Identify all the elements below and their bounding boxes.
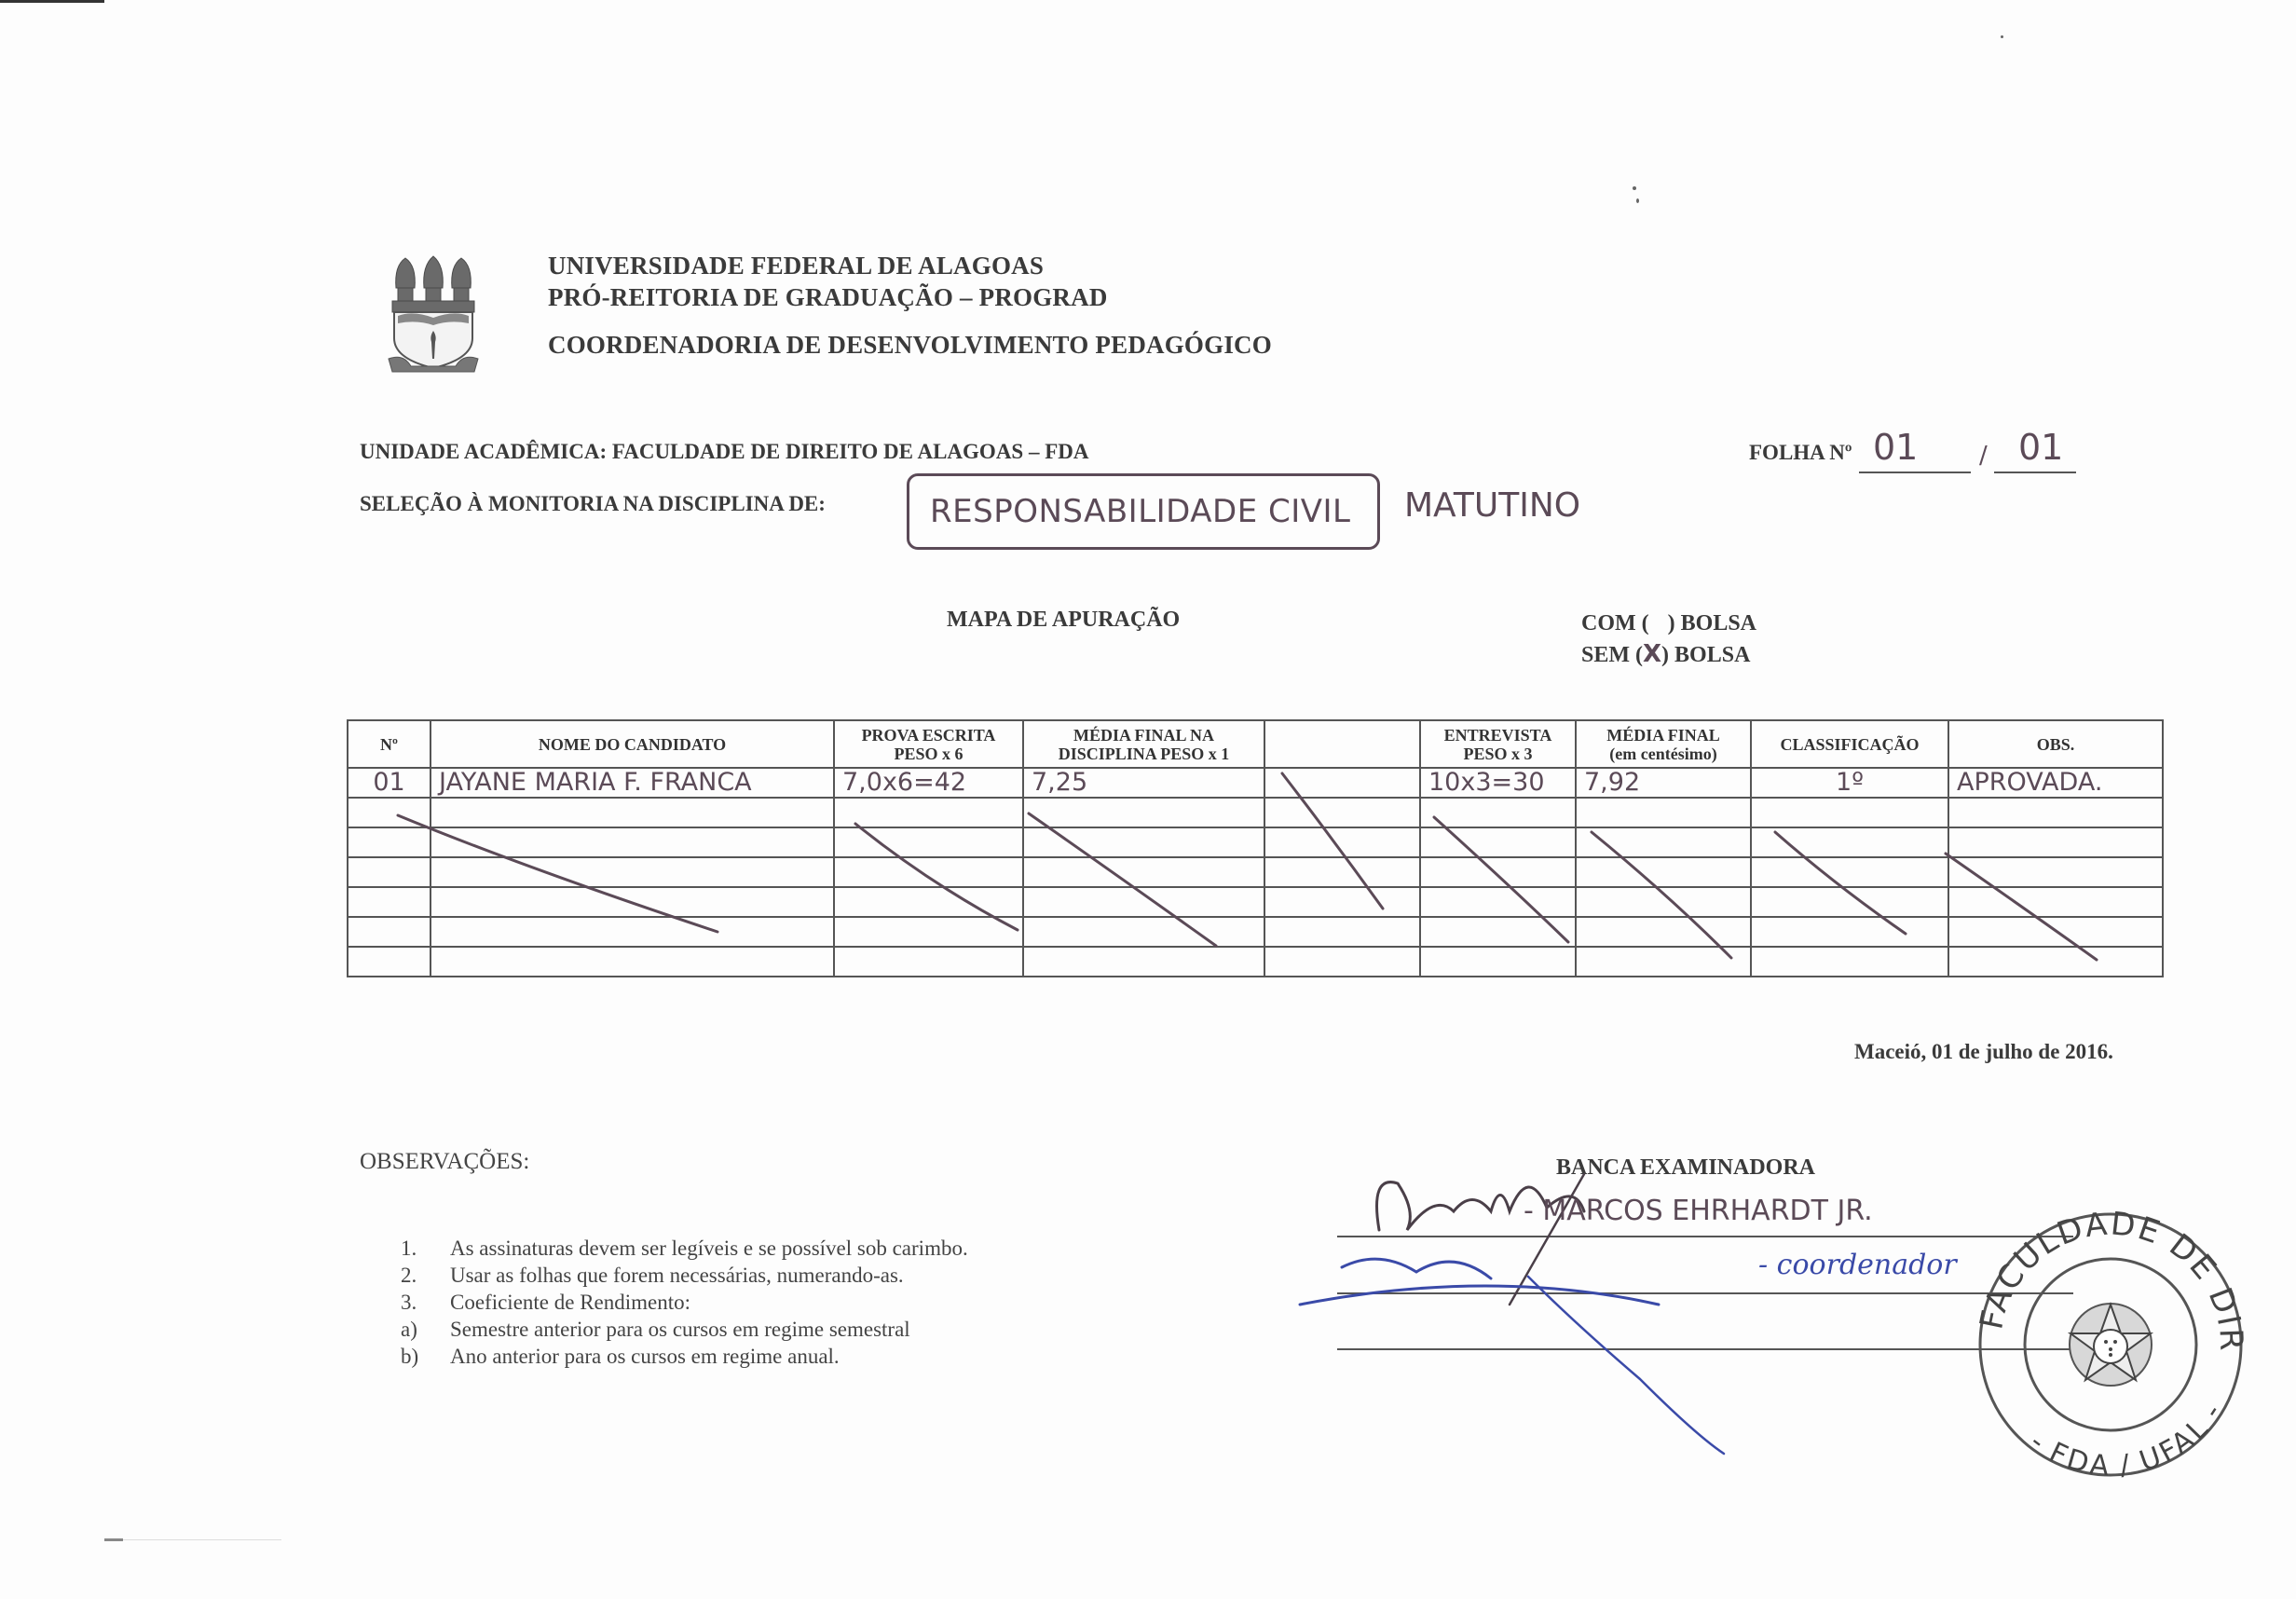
cell-empty[interactable] bbox=[1023, 887, 1264, 917]
column-header: PROVA ESCRITAPESO x 6 bbox=[834, 720, 1023, 768]
folha-total-line bbox=[1994, 471, 2076, 473]
observacao-text: As assinaturas devem ser legíveis e se p… bbox=[450, 1235, 968, 1262]
cell-empty[interactable] bbox=[1264, 798, 1420, 827]
table-row: 01JAYANE MARIA F. FRANCA7,0x6=427,2510x3… bbox=[348, 768, 2163, 798]
observacao-marker: 1. bbox=[401, 1235, 450, 1262]
observacoes-list: 1.As assinaturas devem ser legíveis e se… bbox=[401, 1235, 968, 1370]
scan-speck bbox=[2001, 35, 2003, 38]
cell-empty[interactable] bbox=[1023, 947, 1264, 977]
cell-empty[interactable] bbox=[348, 947, 430, 977]
column-header bbox=[1264, 720, 1420, 768]
cell-empty[interactable] bbox=[348, 887, 430, 917]
folha-numero-field[interactable]: 01 bbox=[1873, 427, 1918, 468]
cell-empty[interactable] bbox=[1751, 827, 1948, 857]
observacoes-title: OBSERVAÇÕES: bbox=[360, 1149, 529, 1175]
column-header-line1: NOME DO CANDIDATO bbox=[431, 735, 833, 754]
ufal-coat-of-arms-icon bbox=[385, 245, 489, 376]
table-row-empty bbox=[348, 857, 2163, 887]
department-name: COORDENADORIA DE DESENVOLVIMENTO PEDAGÓG… bbox=[548, 331, 1272, 360]
cell-empty[interactable] bbox=[1576, 798, 1751, 827]
cell-empty[interactable] bbox=[1420, 798, 1576, 827]
cell-empty[interactable] bbox=[348, 798, 430, 827]
cell-empty[interactable] bbox=[1420, 857, 1576, 887]
observacao-item: a)Semestre anterior para os cursos em re… bbox=[401, 1316, 968, 1343]
turno-value: MATUTINO bbox=[1404, 486, 1580, 525]
observacao-item: 1.As assinaturas devem ser legíveis e se… bbox=[401, 1235, 968, 1262]
scan-edge-mark bbox=[104, 1538, 123, 1541]
column-header: CLASSIFICAÇÃO bbox=[1751, 720, 1948, 768]
column-header-line2: (em centésimo) bbox=[1577, 745, 1750, 763]
observacao-text: Usar as folhas que forem necessárias, nu… bbox=[450, 1262, 904, 1289]
cell-empty[interactable] bbox=[1751, 857, 1948, 887]
observacao-text: Coeficiente de Rendimento: bbox=[450, 1289, 690, 1316]
cell-empty[interactable] bbox=[834, 857, 1023, 887]
cell-empty[interactable] bbox=[1023, 798, 1264, 827]
cell-empty[interactable] bbox=[1576, 827, 1751, 857]
cell-empty[interactable] bbox=[1576, 887, 1751, 917]
cell-empty[interactable] bbox=[430, 947, 834, 977]
observacao-marker: 2. bbox=[401, 1262, 450, 1289]
date-place: Maceió, 01 de julho de 2016. bbox=[1854, 1040, 2113, 1064]
column-header-line2: PESO x 6 bbox=[835, 745, 1022, 763]
signature-line-3[interactable] bbox=[1337, 1348, 2073, 1350]
column-header-line1: MÉDIA FINAL NA bbox=[1024, 726, 1264, 745]
column-header: NOME DO CANDIDATO bbox=[430, 720, 834, 768]
table-row-empty bbox=[348, 798, 2163, 827]
signature-line-1[interactable] bbox=[1337, 1236, 2073, 1237]
cell-empty[interactable] bbox=[430, 827, 834, 857]
cell-media-disciplina[interactable]: 7,25 bbox=[1023, 768, 1264, 798]
cell-empty[interactable] bbox=[1420, 947, 1576, 977]
disciplina-field[interactable]: RESPONSABILIDADE CIVIL bbox=[907, 473, 1380, 550]
column-header: Nº bbox=[348, 720, 430, 768]
banca-title: BANCA EXAMINADORA bbox=[1556, 1155, 1815, 1181]
cell-empty[interactable] bbox=[1420, 827, 1576, 857]
institution-name: UNIVERSIDADE FEDERAL DE ALAGOAS bbox=[548, 252, 1044, 280]
cell-empty[interactable] bbox=[1751, 798, 1948, 827]
cell-empty[interactable] bbox=[834, 827, 1023, 857]
column-header-line2: PESO x 3 bbox=[1421, 745, 1575, 763]
cell-empty[interactable] bbox=[348, 917, 430, 947]
sem-bolsa-prefix: SEM ( bbox=[1581, 643, 1643, 667]
cell-empty[interactable] bbox=[1420, 917, 1576, 947]
observacao-marker: 3. bbox=[401, 1289, 450, 1316]
signature-2-name: - coordenador bbox=[1758, 1249, 1957, 1281]
column-header-line1: MÉDIA FINAL bbox=[1577, 726, 1750, 745]
observacao-text: Ano anterior para os cursos em regime an… bbox=[450, 1343, 840, 1370]
sem-bolsa-option[interactable]: SEM (X) BOLSA bbox=[1581, 640, 1750, 668]
cell-numero[interactable]: 01 bbox=[348, 768, 430, 798]
office-name: PRÓ-REITORIA DE GRADUAÇÃO – PROGRAD bbox=[548, 283, 1108, 312]
sem-bolsa-suffix: ) BOLSA bbox=[1661, 643, 1750, 667]
column-header-line1: OBS. bbox=[1949, 735, 2162, 754]
results-table: NºNOME DO CANDIDATOPROVA ESCRITAPESO x 6… bbox=[347, 719, 2164, 977]
disciplina-value: RESPONSABILIDADE CIVIL bbox=[930, 493, 1351, 530]
column-header: MÉDIA FINAL(em centésimo) bbox=[1576, 720, 1751, 768]
cell-empty[interactable] bbox=[1948, 917, 2163, 947]
observacao-text: Semestre anterior para os cursos em regi… bbox=[450, 1316, 910, 1343]
com-bolsa-suffix: ) BOLSA bbox=[1668, 611, 1756, 635]
scan-edge-mark bbox=[0, 0, 104, 3]
signature-1-name: - MARCOS EHRHARDT JR. bbox=[1524, 1195, 1873, 1227]
brazil-coat-of-arms-icon bbox=[2070, 1304, 2152, 1386]
cell-empty[interactable] bbox=[1751, 917, 1948, 947]
cell-empty[interactable] bbox=[1023, 917, 1264, 947]
cell-empty[interactable] bbox=[1948, 857, 2163, 887]
mapa-title: MAPA DE APURAÇÃO bbox=[947, 608, 1180, 633]
cell-empty[interactable] bbox=[1264, 887, 1420, 917]
cell-empty[interactable] bbox=[1948, 827, 2163, 857]
cell-empty[interactable] bbox=[1264, 947, 1420, 977]
unidade-academica-label: UNIDADE ACADÊMICA: FACULDADE DE DIREITO … bbox=[360, 440, 1089, 464]
cell-empty[interactable] bbox=[430, 798, 834, 827]
cell-entrevista[interactable]: 10x3=30 bbox=[1420, 768, 1576, 798]
cell-empty[interactable] bbox=[430, 857, 834, 887]
column-header-line1: ENTREVISTA bbox=[1421, 726, 1575, 745]
scan-speck bbox=[1633, 186, 1636, 190]
folha-label: FOLHA Nº bbox=[1749, 441, 1852, 465]
cell-empty[interactable] bbox=[348, 827, 430, 857]
folha-separator: / bbox=[1979, 442, 1988, 470]
column-header-line1: Nº bbox=[348, 735, 430, 754]
cell-empty[interactable] bbox=[834, 887, 1023, 917]
column-header: MÉDIA FINAL NADISCIPLINA PESO x 1 bbox=[1023, 720, 1264, 768]
cell-empty[interactable] bbox=[1576, 857, 1751, 887]
column-header-line2: DISCIPLINA PESO x 1 bbox=[1024, 745, 1264, 763]
table-row-empty bbox=[348, 917, 2163, 947]
cell-prova-escrita[interactable]: 7,0x6=42 bbox=[834, 768, 1023, 798]
selecao-label: SELEÇÃO À MONITORIA NA DISCIPLINA DE: bbox=[360, 492, 826, 516]
cell-empty[interactable] bbox=[1576, 917, 1751, 947]
cell-empty[interactable] bbox=[1751, 887, 1948, 917]
table-row-empty bbox=[348, 827, 2163, 857]
table-header-row: NºNOME DO CANDIDATOPROVA ESCRITAPESO x 6… bbox=[348, 720, 2163, 768]
cell-empty[interactable] bbox=[1576, 947, 1751, 977]
cell-empty[interactable] bbox=[348, 857, 430, 887]
sem-bolsa-checkbox[interactable]: X bbox=[1643, 640, 1661, 668]
column-header-line1: PROVA ESCRITA bbox=[835, 726, 1022, 745]
cell-media-final[interactable]: 7,92 bbox=[1576, 768, 1751, 798]
cell-empty[interactable] bbox=[1264, 827, 1420, 857]
cell-empty[interactable] bbox=[430, 887, 834, 917]
cell-obs[interactable]: APROVADA. bbox=[1948, 768, 2163, 798]
cell-empty[interactable] bbox=[430, 917, 834, 947]
column-header: OBS. bbox=[1948, 720, 2163, 768]
table-row-empty bbox=[348, 887, 2163, 917]
cell-empty[interactable] bbox=[1420, 887, 1576, 917]
cell-classificacao[interactable]: 1º bbox=[1751, 768, 1948, 798]
column-header: ENTREVISTAPESO x 3 bbox=[1420, 720, 1576, 768]
observacao-marker: b) bbox=[401, 1343, 450, 1370]
com-bolsa-prefix: COM ( bbox=[1581, 611, 1649, 635]
cell-empty[interactable] bbox=[834, 917, 1023, 947]
cell-empty[interactable] bbox=[1023, 857, 1264, 887]
cell-empty[interactable] bbox=[1948, 798, 2163, 827]
cell-coluna-extra[interactable] bbox=[1264, 768, 1420, 798]
cell-empty[interactable] bbox=[1948, 887, 2163, 917]
cell-empty[interactable] bbox=[834, 947, 1023, 977]
cell-empty[interactable] bbox=[1948, 947, 2163, 977]
scan-speck bbox=[1636, 198, 1639, 203]
scan-edge-mark bbox=[123, 1539, 281, 1540]
cell-empty[interactable] bbox=[1264, 857, 1420, 887]
cell-empty[interactable] bbox=[1264, 917, 1420, 947]
cell-empty[interactable] bbox=[1023, 827, 1264, 857]
folha-total-field[interactable]: 01 bbox=[2018, 427, 2063, 468]
observacao-marker: a) bbox=[401, 1316, 450, 1343]
table-row-empty bbox=[348, 947, 2163, 977]
faculdade-stamp-icon: FACULDADE DE DIREITO DE ALAGOAS - FDA / … bbox=[1975, 1209, 2246, 1480]
signature-line-2[interactable] bbox=[1337, 1292, 2073, 1294]
cell-empty[interactable] bbox=[1751, 947, 1948, 977]
folha-numero-line bbox=[1859, 471, 1971, 473]
observacao-item: 2.Usar as folhas que forem necessárias, … bbox=[401, 1262, 968, 1289]
cell-empty[interactable] bbox=[834, 798, 1023, 827]
com-bolsa-option[interactable]: COM () BOLSA bbox=[1581, 611, 1756, 636]
cell-nome[interactable]: JAYANE MARIA F. FRANCA bbox=[430, 768, 834, 798]
observacao-item: b)Ano anterior para os cursos em regime … bbox=[401, 1343, 968, 1370]
column-header-line1: CLASSIFICAÇÃO bbox=[1752, 735, 1947, 754]
observacao-item: 3.Coeficiente de Rendimento: bbox=[401, 1289, 968, 1316]
